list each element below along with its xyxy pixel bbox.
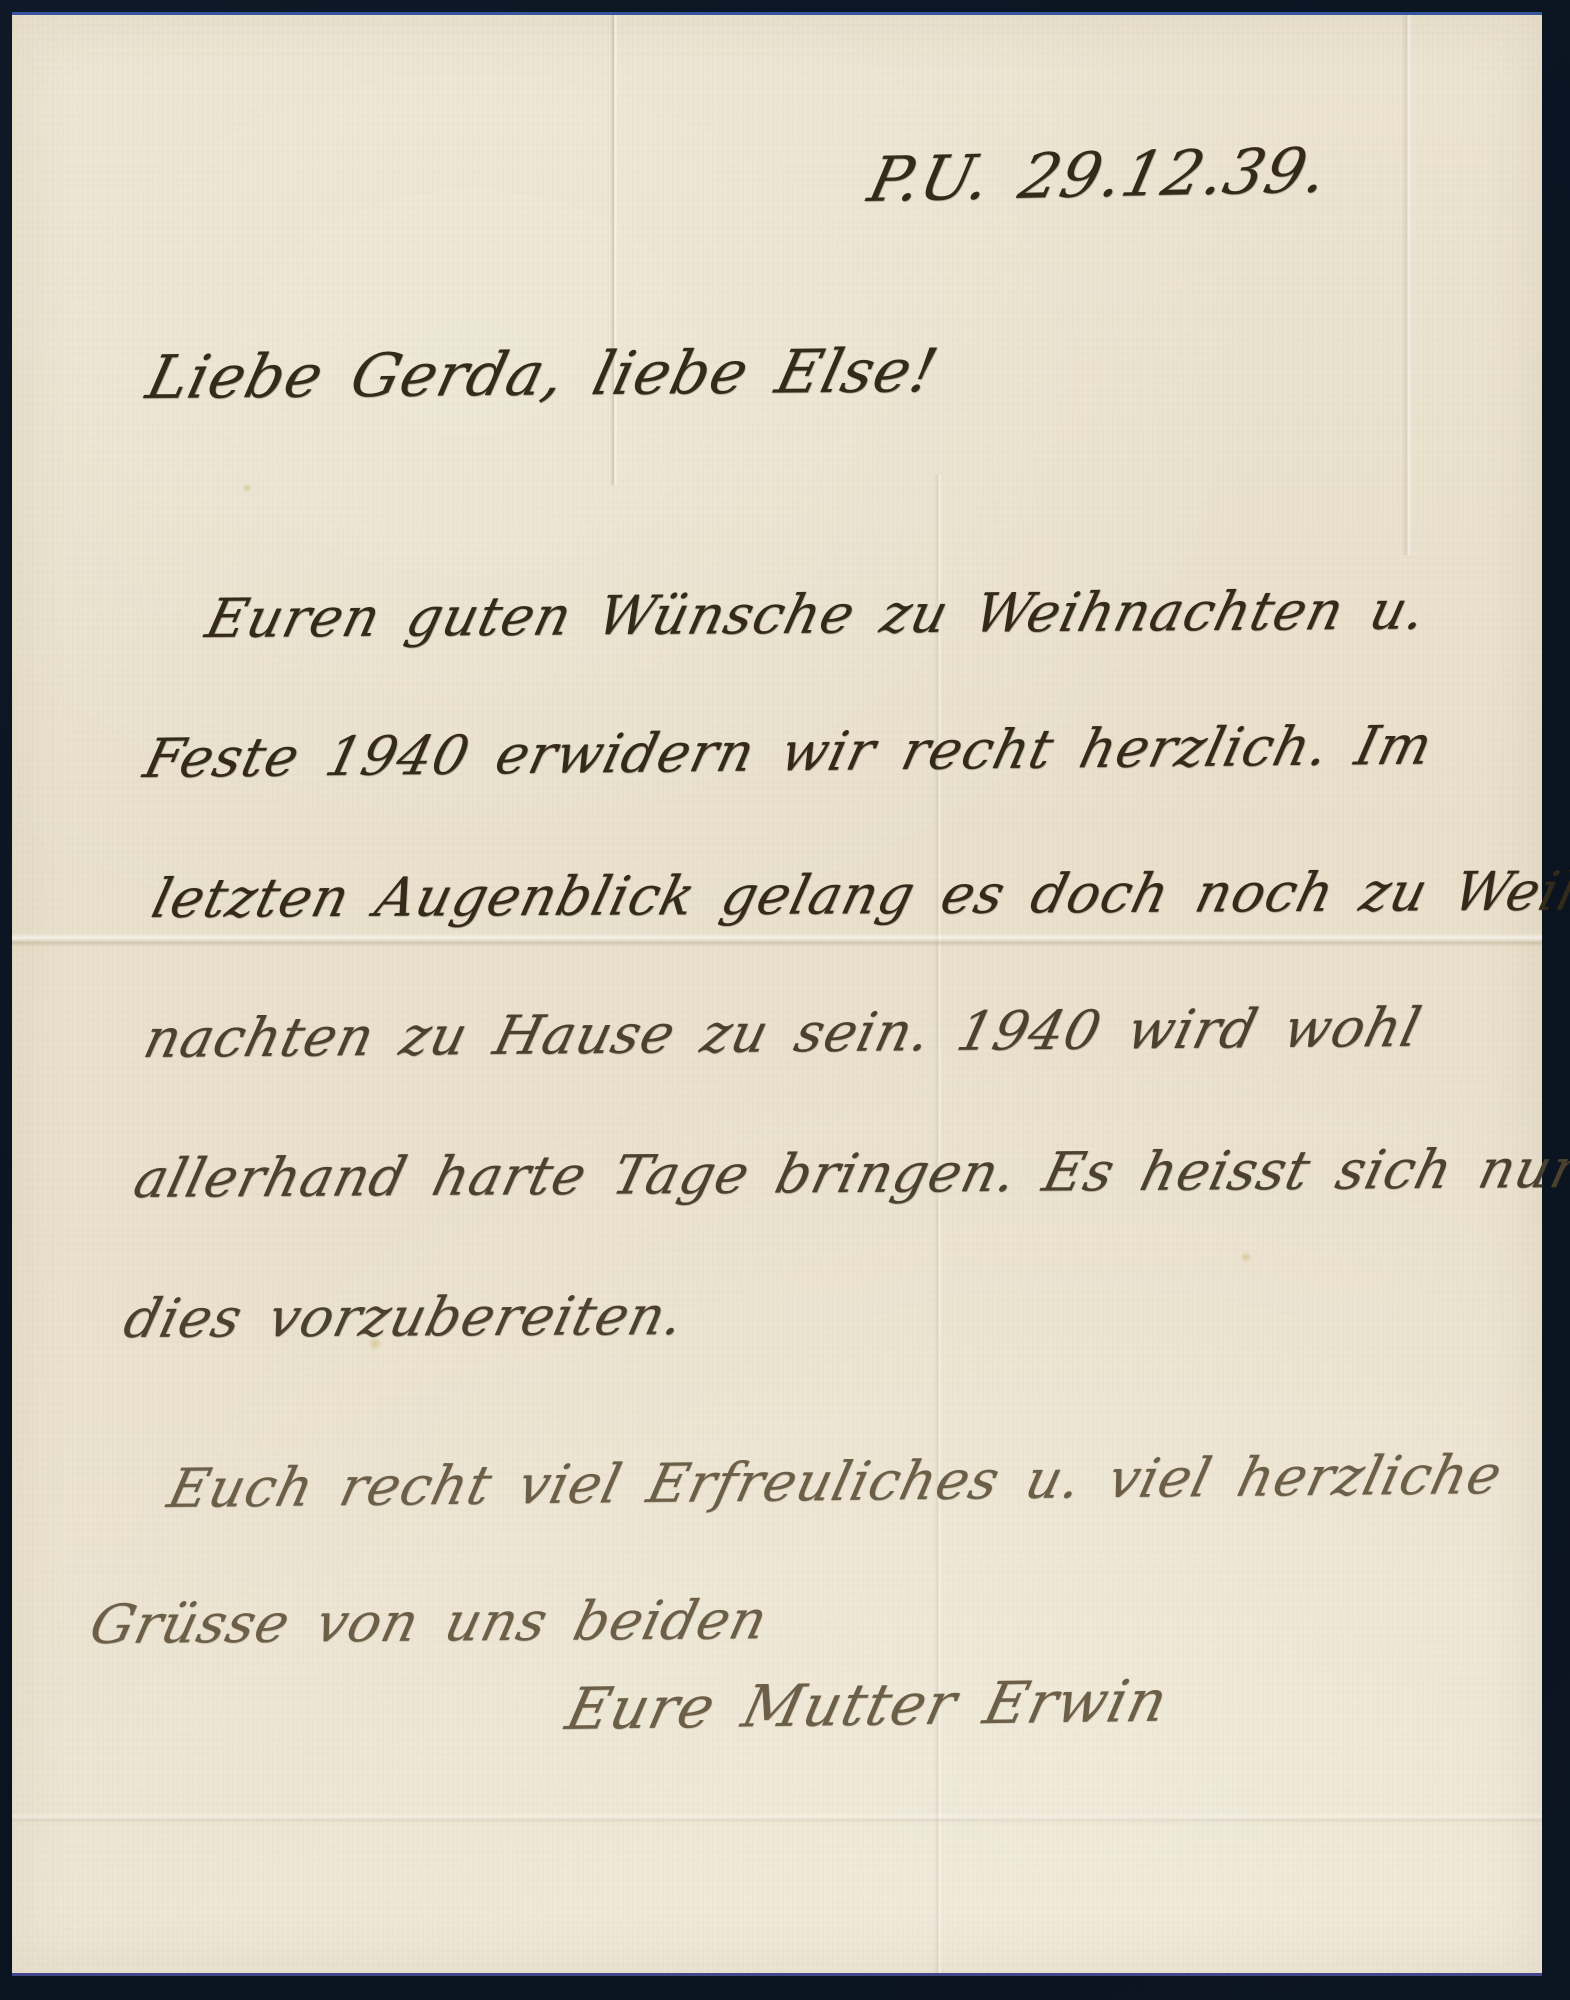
closing-line: Grüsse von uns beiden (84, 1588, 774, 1656)
closing-line: Euch recht viel Erfreuliches u. viel her… (162, 1443, 1509, 1520)
age-spot (242, 483, 252, 493)
body-line: Euren guten Wünsche zu Weihnachten u. (200, 579, 1433, 650)
letter-photograph: P.U. 29.12.39. Liebe Gerda, liebe Else! … (0, 0, 1570, 2000)
fold-crease-horizontal-lower (12, 1813, 1542, 1823)
age-spot (1240, 1251, 1252, 1263)
body-line: dies vorzubereiten. (118, 1284, 691, 1350)
body-line: nachten zu Hause zu sein. 1940 wird wohl (138, 996, 1428, 1070)
body-line: allerhand harte Tage bringen. Es heisst … (128, 1137, 1570, 1210)
date-line: P.U. 29.12.39. (862, 133, 1336, 216)
fold-crease-horizontal-middle (12, 933, 1542, 947)
fold-crease-vertical-top (610, 15, 618, 485)
letter-paper: P.U. 29.12.39. Liebe Gerda, liebe Else! … (12, 12, 1542, 1976)
body-line: letzten Augenblick gelang es doch noch z… (146, 859, 1570, 930)
fold-crease-vertical-bottom (934, 475, 942, 1973)
fold-crease-vertical-right (1402, 15, 1412, 555)
salutation-line: Liebe Gerda, liebe Else! (140, 336, 945, 413)
body-line: Feste 1940 erwidern wir recht herzlich. … (138, 714, 1439, 790)
signature-line: Eure Mutter Erwin (560, 1667, 1175, 1743)
